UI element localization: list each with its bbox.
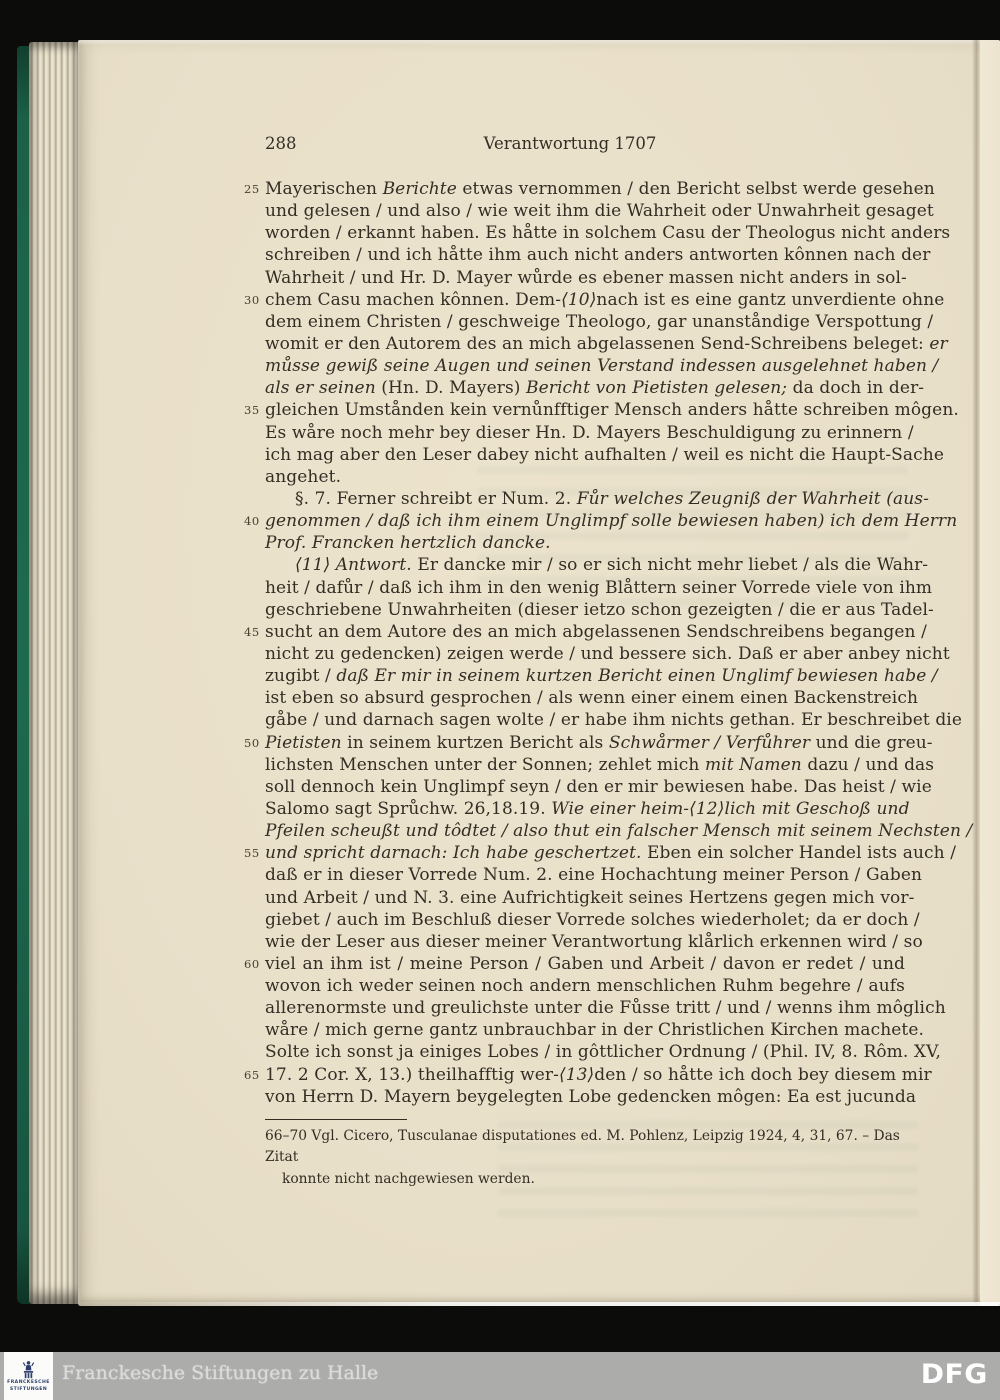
text-line: von Herrn D. Mayern beygelegten Lobe ged… — [265, 1086, 905, 1108]
text-line: heit / dafůr / daß ich ihm in den wenig … — [265, 577, 905, 599]
text-line: nicht zu gedencken) zeigen werde / und b… — [265, 643, 905, 665]
line-number: 35 — [244, 399, 260, 421]
text-line: 40genommen / daß ich ihm einem Unglimpf … — [265, 510, 905, 532]
text-line: 60viel an ihm ist / meine Person / Gaben… — [265, 953, 905, 975]
text-line: Salomo sagt Sprůchw. 26,18.19. Wie einer… — [265, 798, 905, 820]
text-line: als er seinen (Hn. D. Mayers) Bericht vo… — [265, 377, 905, 399]
text-line: ist eben so absurd gesprochen / als wenn… — [265, 687, 905, 709]
dfg-logo: DFG — [921, 1359, 988, 1390]
text-line: Wahrheit / und Hr. D. Mayer wůrde es ebe… — [265, 267, 905, 289]
text-line: můsse gewiß seine Augen und seinen Verst… — [265, 355, 905, 377]
line-number: 60 — [244, 953, 260, 975]
line-number: 30 — [244, 289, 260, 311]
footnote-line: konnte nicht nachgewiesen werden. — [265, 1169, 905, 1191]
text-line: §. 7. Ferner schreibt er Num. 2. Fůr wel… — [265, 488, 905, 510]
footnote-line: 66–70 Vgl. Cicero, Tusculanae disputatio… — [265, 1126, 905, 1169]
text-line: allerenormste und greulichste unter die … — [265, 997, 905, 1019]
text-line: angehet. — [265, 466, 905, 488]
text-line: lichsten Menschen unter der Sonnen; zehl… — [265, 754, 905, 776]
text-line: Prof. Francken hertzlich dancke. — [265, 532, 905, 554]
library-logo-text-line1: FRANCKESCHE — [7, 1380, 50, 1385]
scan-viewport: 288 Verantwortung 1707 25Mayerischen Ber… — [0, 0, 1000, 1400]
line-number: 45 — [244, 621, 260, 643]
text-line: Pfeilen scheußt und tôdtet / also thut e… — [265, 820, 905, 842]
body-text: 25Mayerischen Berichte etwas vernommen /… — [265, 178, 905, 1108]
text-line: ich mag aber den Leser dabey nicht aufha… — [265, 444, 905, 466]
text-line: schreiben / und ich håtte ihm auch nicht… — [265, 244, 905, 266]
library-logo: FRANCKESCHE STIFTUNGEN — [4, 1352, 53, 1400]
gutter-shadow — [972, 40, 980, 1306]
text-line: gåbe / und darnach sagen wolte / er habe… — [265, 709, 905, 731]
text-line: 45sucht an dem Autore des an mich abgela… — [265, 621, 905, 643]
text-line: und gelesen / und also / wie weit ihm di… — [265, 200, 905, 222]
text-line: geschriebene Unwahrheiten (dieser ietzo … — [265, 599, 905, 621]
library-name: Franckesche Stiftungen zu Halle — [62, 1362, 378, 1384]
text-line: wie der Leser aus dieser meiner Verantwo… — [265, 931, 905, 953]
text-line: giebet / auch im Beschluß dieser Vorrede… — [265, 909, 905, 931]
text-line: 50Pietisten in seinem kurtzen Bericht al… — [265, 732, 905, 754]
line-number: 25 — [244, 178, 260, 200]
text-line: Es wåre noch mehr bey dieser Hn. D. Maye… — [265, 422, 905, 444]
library-footer-bar: FRANCKESCHE STIFTUNGEN Franckesche Stift… — [0, 1352, 1000, 1400]
page-bottom-edge — [78, 1302, 1000, 1306]
footnote: 66–70 Vgl. Cicero, Tusculanae disputatio… — [265, 1126, 905, 1191]
text-line: soll dennoch kein Unglimpf seyn / den er… — [265, 776, 905, 798]
text-line: zugibt / daß Er mir in seinem kurtzen Be… — [265, 665, 905, 687]
text-line: 30chem Casu machen kônnen. Dem-⟨10⟩nach … — [265, 289, 905, 311]
text-line: Solte ich sonst ja einiges Lobes / in gô… — [265, 1041, 905, 1063]
footnote-rule — [265, 1119, 407, 1120]
text-line: 35gleichen Umstånden kein vernůnfftiger … — [265, 399, 905, 421]
next-page-edge — [980, 40, 1000, 1306]
library-logo-text-line2: STIFTUNGEN — [10, 1387, 47, 1392]
text-line: daß er in dieser Vorrede Num. 2. eine Ho… — [265, 864, 905, 886]
franckesche-stiftungen-logo-icon — [20, 1360, 37, 1379]
page-header: 288 Verantwortung 1707 — [265, 134, 905, 156]
text-line: und Arbeit / und N. 3. eine Aufrichtigke… — [265, 887, 905, 909]
line-number: 65 — [244, 1064, 260, 1086]
book-page: 288 Verantwortung 1707 25Mayerischen Ber… — [78, 40, 1000, 1306]
text-line: 25Mayerischen Berichte etwas vernommen /… — [265, 178, 905, 200]
line-number: 40 — [244, 510, 260, 532]
text-line: 6517. 2 Cor. X, 13.) theilhafftig wer-⟨1… — [265, 1064, 905, 1086]
text-line: 55und spricht darnach: Ich habe geschert… — [265, 842, 905, 864]
line-number: 50 — [244, 732, 260, 754]
text-line: dem einem Christen / geschweige Theologo… — [265, 311, 905, 333]
page-stack-fore-edge — [29, 42, 79, 1304]
text-block: 288 Verantwortung 1707 25Mayerischen Ber… — [265, 134, 905, 1190]
text-line: worden / erkannt haben. Es håtte in solc… — [265, 222, 905, 244]
line-number: 55 — [244, 842, 260, 864]
text-line: ⟨11⟩ Antwort. Er dancke mir / so er sich… — [265, 554, 905, 576]
text-line: wåre / mich gerne gantz unbrauchbar in d… — [265, 1019, 905, 1041]
text-line: womit er den Autorem des an mich abgelas… — [265, 333, 905, 355]
text-line: wovon ich weder seinen noch andern mensc… — [265, 975, 905, 997]
running-title: Verantwortung 1707 — [265, 134, 875, 153]
